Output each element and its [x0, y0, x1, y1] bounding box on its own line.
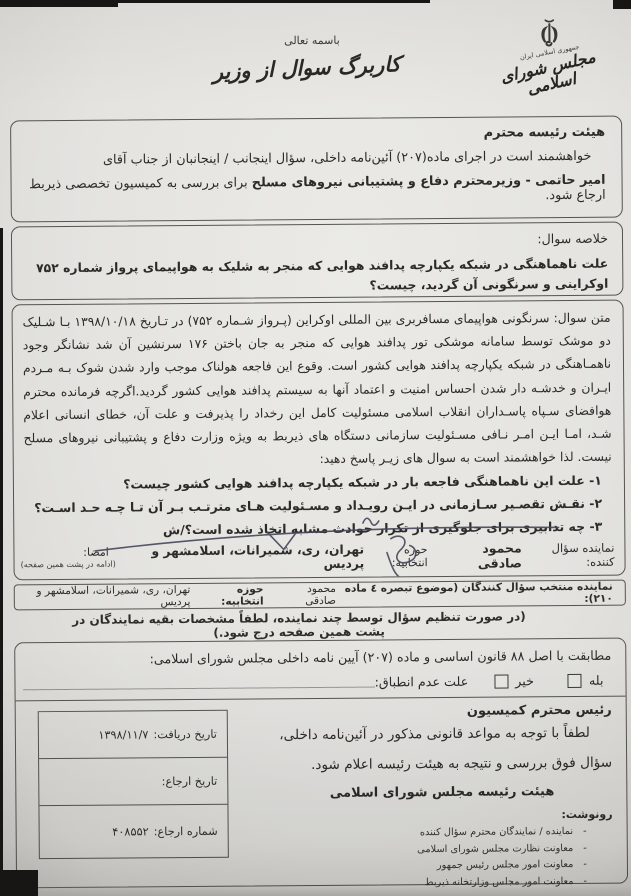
referral-date-row: تاریخ ارجاع:: [39, 758, 227, 806]
commission-lower-area: رئیس محترم کمیسیون لطفاً با توجه به مواع…: [16, 697, 627, 895]
addressee-heading: هیئت رئیسه محترم: [21, 125, 605, 145]
summary-label: خلاصه سوال:: [22, 231, 608, 251]
questioner-row: نماینده سؤال کننده: محمود صادقی حوزه انت…: [22, 538, 614, 575]
elected-name: محمود صادقی: [279, 583, 336, 607]
received-date-value: ۱۳۹۸/۱۱/۷: [98, 728, 148, 741]
dates-column: تاریخ دریافت: ۱۳۹۸/۱۱/۷ تاریخ ارجاع: شما…: [24, 706, 241, 895]
scan-edge-top: [115, 0, 430, 3]
scan-edge-bottom-left: [0, 870, 38, 896]
cc-item: نماینده / نمایندگان محترم سؤال کننده: [241, 824, 587, 843]
chairman-line2: سؤال فوق بررسی و نتیجه به هیئت رئیسه اعل…: [240, 748, 612, 781]
summary-box: خلاصه سوال: علت ناهماهنگی در شبکه یکپارچ…: [11, 222, 624, 301]
addressee-box: هیئت رئیسه محترم خواهشمند است در اجرای م…: [10, 116, 623, 223]
addressee-line2: امیر حاتمی - وزیرمحترم دفاع و پشتیبانی ن…: [22, 173, 606, 208]
dates-table: تاریخ دریافت: ۱۳۹۸/۱۱/۷ تاریخ ارجاع: شما…: [38, 710, 229, 859]
constituency-value: تهران، ری، شمیرانات، اسلامشهر و پردیس: [129, 543, 364, 573]
cc-label: رونوشت:: [240, 808, 612, 824]
continuation-note: (ادامه در پشت همین صفحه): [21, 560, 116, 570]
scan-shadow-bottom: [0, 886, 631, 896]
presiding-board-signature: هیئت رئیسه مجلس شورای اسلامی: [240, 784, 554, 801]
scanned-question-form: باسمه تعالی کاربرگ سوال از وزیر جمهوری ا…: [0, 0, 631, 896]
elected-representative-box: نماینده منتخب سؤال کنندگان (موضوع تبصره …: [14, 580, 626, 611]
constituency-label: حوزه انتخابیه:: [370, 543, 428, 569]
form-title: کاربرگ سوال از وزیر: [206, 52, 407, 85]
addressee-line1: خواهشمند است در اجرای ماده(۲۰۷) آئین‌نام…: [21, 149, 605, 169]
summary-text: علت ناهماهنگی در شبکه یکپارچه پدافند هوا…: [22, 254, 608, 299]
referral-number-label: شماره ارجاع:: [154, 824, 218, 838]
signature-field[interactable]: [22, 542, 77, 556]
referral-number-value: ۴۰۸۵۵۲: [112, 825, 149, 838]
elected-constituency: تهران، ری، شمیرانات، اسلامشهر و پردیس: [23, 584, 191, 609]
majlis-logo: جمهوری اسلامی ایران مجلس شورای اسلامی: [489, 16, 610, 117]
chairman-line1: لطفاً با توجه به مواعد قانونی مذکور در آ…: [240, 718, 612, 751]
yes-checkbox[interactable]: [568, 673, 582, 687]
questioner-name: محمود صادقی: [441, 540, 521, 571]
referral-date-label: تاریخ ارجاع:: [162, 774, 218, 787]
mismatch-reason-field[interactable]: [23, 677, 374, 691]
question-body-box: متن سوال: سرنگونی هواپیمای مسافربری بین …: [12, 300, 626, 581]
scan-edge-top-left: [0, 0, 118, 7]
yes-label: بله: [589, 673, 604, 688]
referral-number-row: شماره ارجاع: ۴۰۸۵۵۲: [39, 805, 227, 858]
cc-list: نماینده / نمایندگان محترم سؤال کننده معا…: [241, 824, 614, 893]
received-date-label: تاریخ دریافت:: [153, 727, 217, 740]
question-paragraph: متن سوال: سرنگونی هواپیمای مسافربری بین …: [23, 307, 612, 474]
cc-item: معاونت امور مجلس رئیس جمهور: [241, 857, 587, 876]
no-checkbox[interactable]: [494, 674, 508, 688]
conformity-checkbox-row: بله خیر علت عدم انطباق:: [15, 663, 625, 702]
scan-edge-top-right: [613, 0, 631, 9]
elected-label: نماینده منتخب سؤال کنندگان (موضوع تبصره …: [344, 581, 613, 607]
signature-label: امضا:: [83, 546, 109, 559]
no-label: خیر: [515, 673, 534, 688]
commission-chairman-block: رئیس محترم کمیسیون لطفاً با توجه به مواع…: [240, 703, 613, 893]
mismatch-reason-label: علت عدم انطباق:: [375, 674, 469, 690]
multiple-mp-note: (در صورت تنظیم سؤال توسط چند نماینده، لط…: [61, 609, 537, 641]
received-date-row: تاریخ دریافت: ۱۳۹۸/۱۱/۷: [39, 711, 227, 759]
elected-constituency-label: حوزه انتخابیه:: [198, 583, 263, 608]
commission-box: مطابقت با اصل ۸۸ قانون اساسی و ماده (۲۰۷…: [14, 638, 628, 889]
scan-edge-left: [0, 228, 3, 896]
cc-block: رونوشت: نماینده / نمایندگان محترم سؤال ک…: [240, 808, 613, 893]
questioner-label: نماینده سؤال کننده:: [528, 541, 615, 570]
